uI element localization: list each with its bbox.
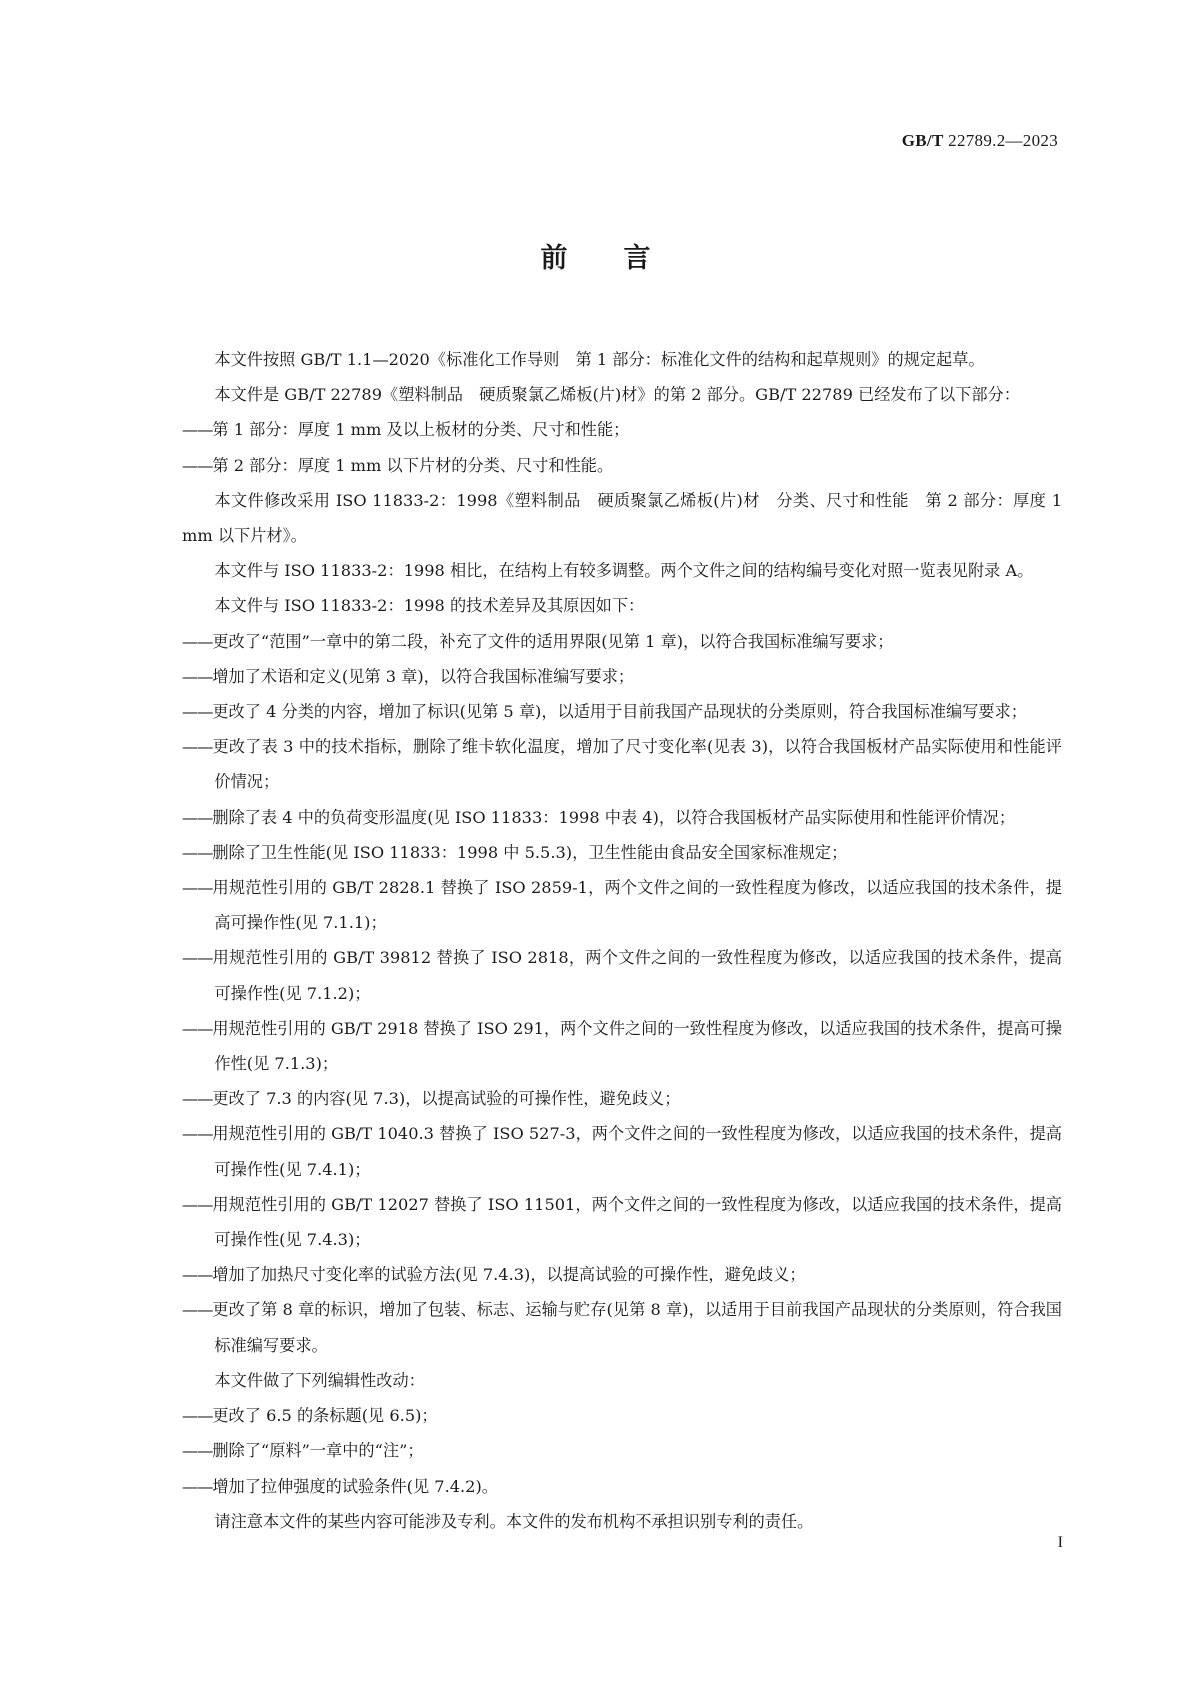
page-title: 前言 — [0, 236, 1191, 275]
dash-marker: —— — [182, 948, 212, 967]
paragraph-text: 更改了 7.3 的内容(见 7.3)，以提高试验的可操作性，避免歧义； — [212, 1089, 680, 1108]
paragraph-text: 本文件是 GB/T 22789《塑料制品 硬质聚氯乙烯板(片)材》的第 2 部分… — [214, 385, 1020, 404]
paragraph-text: 删除了“原料”一章中的“注”； — [212, 1441, 423, 1460]
page-number: I — [1058, 1534, 1063, 1552]
paragraph-text: 本文件修改采用 ISO 11833-2：1998《塑料制品 硬质聚氯乙烯板(片)… — [182, 491, 1062, 545]
paragraph-text: 删除了表 4 中的负荷变形温度(见 ISO 11833：1998 中表 4)，以… — [212, 808, 1015, 827]
list-item: ——删除了卫生性能(见 ISO 11833：1998 中 5.5.3)，卫生性能… — [182, 835, 1062, 870]
paragraph-text: 增加了拉伸强度的试验条件(见 7.4.2)。 — [212, 1477, 498, 1496]
list-item: ——更改了 7.3 的内容(见 7.3)，以提高试验的可操作性，避免歧义； — [182, 1081, 1062, 1116]
list-item: ——更改了表 3 中的技术指标，删除了维卡软化温度，增加了尺寸变化率(见表 3)… — [182, 729, 1062, 799]
document-code: GB/T 22789.2—2023 — [902, 131, 1058, 151]
paragraph-text: 本文件与 ISO 11833-2：1998 相比，在结构上有较多调整。两个文件之… — [214, 561, 1033, 580]
list-item: ——更改了 6.5 的条标题(见 6.5)； — [182, 1398, 1062, 1433]
foreword-body: 本文件按照 GB/T 1.1—2020《标准化工作导则 第 1 部分：标准化文件… — [182, 342, 1062, 1539]
paragraph-text: 第 2 部分：厚度 1 mm 以下片材的分类、尺寸和性能。 — [212, 456, 613, 475]
dash-marker: —— — [182, 1089, 212, 1108]
dash-marker: —— — [182, 1441, 212, 1460]
list-item: ——删除了表 4 中的负荷变形温度(见 ISO 11833：1998 中表 4)… — [182, 800, 1062, 835]
dash-marker: —— — [182, 1019, 212, 1038]
dash-marker: —— — [182, 1300, 212, 1319]
list-item: ——第 2 部分：厚度 1 mm 以下片材的分类、尺寸和性能。 — [182, 448, 1062, 483]
list-item: ——更改了第 8 章的标识，增加了包装、标志、运输与贮存(见第 8 章)，以适用… — [182, 1292, 1062, 1362]
dash-marker: —— — [182, 878, 212, 897]
list-item: ——用规范性引用的 GB/T 12027 替换了 ISO 11501，两个文件之… — [182, 1187, 1062, 1257]
paragraph-text: 增加了术语和定义(见第 3 章)，以符合我国标准编写要求； — [212, 667, 634, 686]
list-item: ——增加了术语和定义(见第 3 章)，以符合我国标准编写要求； — [182, 659, 1062, 694]
paragraph-text: 增加了加热尺寸变化率的试验方法(见 7.4.3)，以提高试验的可操作性，避免歧义… — [212, 1265, 805, 1284]
list-item: ——增加了拉伸强度的试验条件(见 7.4.2)。 — [182, 1469, 1062, 1504]
list-item: ——第 1 部分：厚度 1 mm 及以上板材的分类、尺寸和性能； — [182, 412, 1062, 447]
list-item: ——用规范性引用的 GB/T 39812 替换了 ISO 2818，两个文件之间… — [182, 940, 1062, 1010]
dash-marker: —— — [182, 1195, 212, 1214]
dash-marker: —— — [182, 1124, 212, 1143]
dash-marker: —— — [182, 1477, 212, 1496]
list-item: ——更改了“范围”一章中的第二段，补充了文件的适用界限(见第 1 章)，以符合我… — [182, 624, 1062, 659]
list-item: ——删除了“原料”一章中的“注”； — [182, 1433, 1062, 1468]
list-item: ——更改了 4 分类的内容，增加了标识(见第 5 章)，以适用于目前我国产品现状… — [182, 694, 1062, 729]
paragraph-text: 本文件按照 GB/T 1.1—2020《标准化工作导则 第 1 部分：标准化文件… — [214, 350, 984, 369]
paragraph-text: 用规范性引用的 GB/T 2828.1 替换了 ISO 2859-1，两个文件之… — [212, 878, 1062, 932]
document-code-prefix: GB/T — [902, 131, 944, 150]
paragraph-text: 请注意本文件的某些内容可能涉及专利。本文件的发布机构不承担识别专利的责任。 — [214, 1512, 813, 1531]
dash-marker: —— — [182, 808, 212, 827]
paragraph: 本文件是 GB/T 22789《塑料制品 硬质聚氯乙烯板(片)材》的第 2 部分… — [182, 377, 1062, 412]
dash-marker: —— — [182, 667, 212, 686]
dash-marker: —— — [182, 632, 212, 651]
dash-marker: —— — [182, 1265, 212, 1284]
paragraph-text: 本文件与 ISO 11833-2：1998 的技术差异及其原因如下： — [214, 596, 644, 615]
list-item: ——用规范性引用的 GB/T 2828.1 替换了 ISO 2859-1，两个文… — [182, 870, 1062, 940]
paragraph: 本文件修改采用 ISO 11833-2：1998《塑料制品 硬质聚氯乙烯板(片)… — [182, 483, 1062, 553]
document-code-number: 22789.2—2023 — [944, 131, 1058, 150]
paragraph-text: 本文件做了下列编辑性改动： — [214, 1371, 424, 1390]
dash-marker: —— — [182, 456, 212, 475]
paragraph: 本文件按照 GB/T 1.1—2020《标准化工作导则 第 1 部分：标准化文件… — [182, 342, 1062, 377]
dash-marker: —— — [182, 1406, 212, 1425]
paragraph: 本文件与 ISO 11833-2：1998 的技术差异及其原因如下： — [182, 588, 1062, 623]
list-item: ——用规范性引用的 GB/T 1040.3 替换了 ISO 527-3，两个文件… — [182, 1116, 1062, 1186]
paragraph-text: 更改了 4 分类的内容，增加了标识(见第 5 章)，以适用于目前我国产品现状的分… — [212, 702, 1027, 721]
paragraph-text: 第 1 部分：厚度 1 mm 及以上板材的分类、尺寸和性能； — [212, 420, 629, 439]
paragraph-text: 更改了“范围”一章中的第二段，补充了文件的适用界限(见第 1 章)，以符合我国标… — [212, 632, 893, 651]
paragraph: 请注意本文件的某些内容可能涉及专利。本文件的发布机构不承担识别专利的责任。 — [182, 1504, 1062, 1539]
dash-marker: —— — [182, 702, 212, 721]
paragraph-text: 更改了 6.5 的条标题(见 6.5)； — [212, 1406, 437, 1425]
paragraph-text: 用规范性引用的 GB/T 39812 替换了 ISO 2818，两个文件之间的一… — [212, 948, 1062, 1002]
paragraph-text: 删除了卫生性能(见 ISO 11833：1998 中 5.5.3)，卫生性能由食… — [212, 843, 847, 862]
dash-marker: —— — [182, 843, 212, 862]
paragraph-list: 本文件按照 GB/T 1.1—2020《标准化工作导则 第 1 部分：标准化文件… — [150, 342, 1062, 1539]
dash-marker: —— — [182, 420, 212, 439]
paragraph: 本文件与 ISO 11833-2：1998 相比，在结构上有较多调整。两个文件之… — [182, 553, 1062, 588]
paragraph-text: 用规范性引用的 GB/T 1040.3 替换了 ISO 527-3，两个文件之间… — [212, 1124, 1062, 1178]
paragraph-text: 用规范性引用的 GB/T 12027 替换了 ISO 11501，两个文件之间的… — [212, 1195, 1062, 1249]
paragraph: 本文件做了下列编辑性改动： — [182, 1363, 1062, 1398]
list-item: ——增加了加热尺寸变化率的试验方法(见 7.4.3)，以提高试验的可操作性，避免… — [182, 1257, 1062, 1292]
paragraph-text: 用规范性引用的 GB/T 2918 替换了 ISO 291，两个文件之间的一致性… — [212, 1019, 1062, 1073]
paragraph-text: 更改了表 3 中的技术指标，删除了维卡软化温度，增加了尺寸变化率(见表 3)，以… — [212, 737, 1062, 791]
list-item: ——用规范性引用的 GB/T 2918 替换了 ISO 291，两个文件之间的一… — [182, 1011, 1062, 1081]
paragraph-text: 更改了第 8 章的标识，增加了包装、标志、运输与贮存(见第 8 章)，以适用于目… — [212, 1300, 1062, 1354]
dash-marker: —— — [182, 737, 212, 756]
